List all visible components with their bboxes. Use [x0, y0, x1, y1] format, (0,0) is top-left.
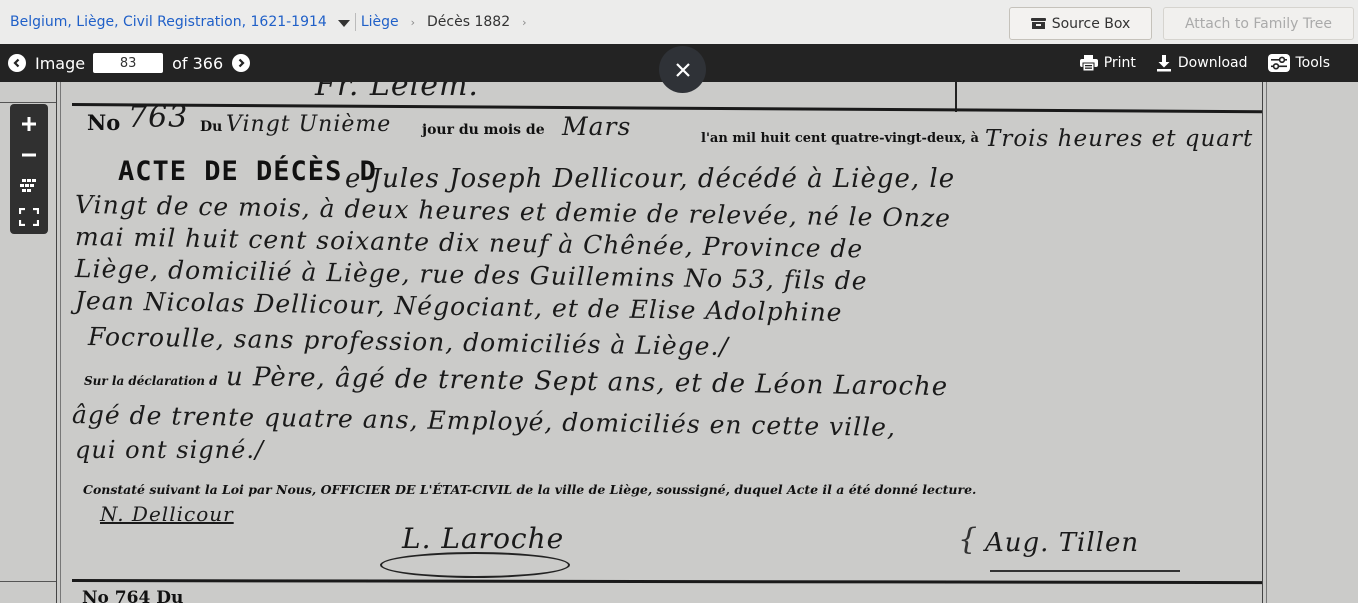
declaration-line-1: u Père, âgé de trente Sept ans, et de Lé… — [226, 362, 949, 402]
declaration-label: Sur la déclaration d — [84, 374, 218, 388]
breadcrumb: Belgium, Liège, Civil Registration, 1621… — [0, 0, 539, 44]
previous-image-button[interactable] — [8, 54, 26, 72]
zoom-in-button[interactable] — [10, 108, 48, 139]
archive-box-icon — [1031, 18, 1046, 29]
source-box-label: Source Box — [1052, 16, 1131, 32]
download-button[interactable]: Download — [1155, 54, 1248, 72]
signature-underline — [990, 570, 1180, 572]
attach-label: Attach to Family Tree — [1185, 16, 1332, 32]
zoom-controls — [10, 104, 48, 234]
image-count-label: of 366 — [172, 54, 223, 73]
print-label: Print — [1104, 55, 1136, 71]
download-label: Download — [1178, 55, 1248, 71]
officer-brace: { — [958, 522, 978, 557]
margin-line — [60, 82, 61, 603]
signature-declarant: N. Dellicour — [100, 502, 234, 526]
close-viewer-button[interactable] — [659, 46, 706, 93]
close-icon — [675, 62, 691, 78]
no-label: No — [87, 110, 120, 135]
margin-rule — [0, 581, 56, 582]
printer-icon — [1079, 54, 1099, 72]
breadcrumb-item-deces-1882: Décès 1882 — [427, 14, 510, 30]
chevron-right-icon[interactable]: › — [522, 16, 526, 29]
declaration-line-3: qui ont signé./ — [75, 436, 264, 464]
breadcrumb-bar: Belgium, Liège, Civil Registration, 1621… — [0, 0, 1358, 44]
attach-to-family-tree-button[interactable]: Attach to Family Tree — [1163, 7, 1354, 40]
next-image-button[interactable] — [232, 54, 250, 72]
plus-icon — [22, 117, 36, 131]
image-label: Image — [35, 54, 85, 73]
source-box-button[interactable]: Source Box — [1009, 7, 1152, 40]
margin-rule — [0, 102, 56, 103]
viewer-tools: Print Download Tools — [1079, 44, 1330, 82]
signature-witness: L. Laroche — [402, 522, 564, 555]
year-label: l'an mil huit cent quatre-vingt-deux, à — [701, 131, 979, 146]
expand-icon — [19, 208, 39, 226]
breadcrumb-collection-link[interactable]: Belgium, Liège, Civil Registration, 1621… — [10, 14, 327, 30]
download-icon — [1155, 54, 1173, 72]
top-signature: Fr. Lelem. — [315, 82, 479, 103]
day-value: Vingt Unième — [226, 112, 391, 137]
acte-de-deces-heading: ACTE DE DÉCÈS D — [118, 156, 377, 187]
image-navigation: Image of 366 — [8, 44, 250, 82]
top-actions: Source Box Attach to Family Tree — [1009, 7, 1354, 40]
du-label: Du — [200, 119, 222, 135]
next-record-prefix: No 764 Du — [82, 588, 183, 603]
record-line-1: e Jules Joseph Dellicour, décédé à Liège… — [345, 164, 955, 194]
minus-icon — [22, 148, 36, 162]
record-number: 763 — [128, 100, 188, 135]
breadcrumb-divider — [355, 13, 356, 31]
zoom-out-button[interactable] — [10, 139, 48, 170]
chevron-left-icon — [12, 58, 22, 68]
time-value: Trois heures et quart — [985, 126, 1253, 152]
breadcrumb-item-liege[interactable]: Liège — [361, 14, 399, 30]
print-button[interactable]: Print — [1079, 54, 1136, 72]
sliders-icon — [1267, 53, 1291, 73]
tools-label: Tools — [1296, 55, 1331, 71]
signature-officer: Aug. Tillen — [985, 528, 1139, 558]
collection-dropdown-caret-icon[interactable] — [338, 20, 350, 27]
margin-line — [56, 82, 57, 603]
fullscreen-button[interactable] — [10, 201, 48, 232]
signature-flourish — [380, 552, 570, 578]
margin-line — [1266, 82, 1267, 603]
jour-du-mois-label: jour du mois de — [422, 122, 545, 138]
margin-line — [1262, 82, 1263, 603]
image-number-input[interactable] — [93, 53, 163, 73]
month-value: Mars — [562, 112, 631, 141]
chevron-right-icon — [236, 58, 246, 68]
chevron-right-icon: › — [411, 16, 415, 29]
record-image[interactable]: Fr. Lelem. No 763 Du Vingt Unième jour d… — [0, 82, 1358, 603]
tools-button[interactable]: Tools — [1267, 53, 1331, 73]
gallery-view-button[interactable] — [10, 170, 48, 201]
grid-icon — [20, 178, 38, 194]
constate-text: Constaté suivant la Loi par Nous, OFFICI… — [83, 482, 976, 497]
record-line-6: Focroulle, sans profession, domiciliés à… — [88, 322, 729, 361]
record-divider — [72, 579, 1262, 584]
